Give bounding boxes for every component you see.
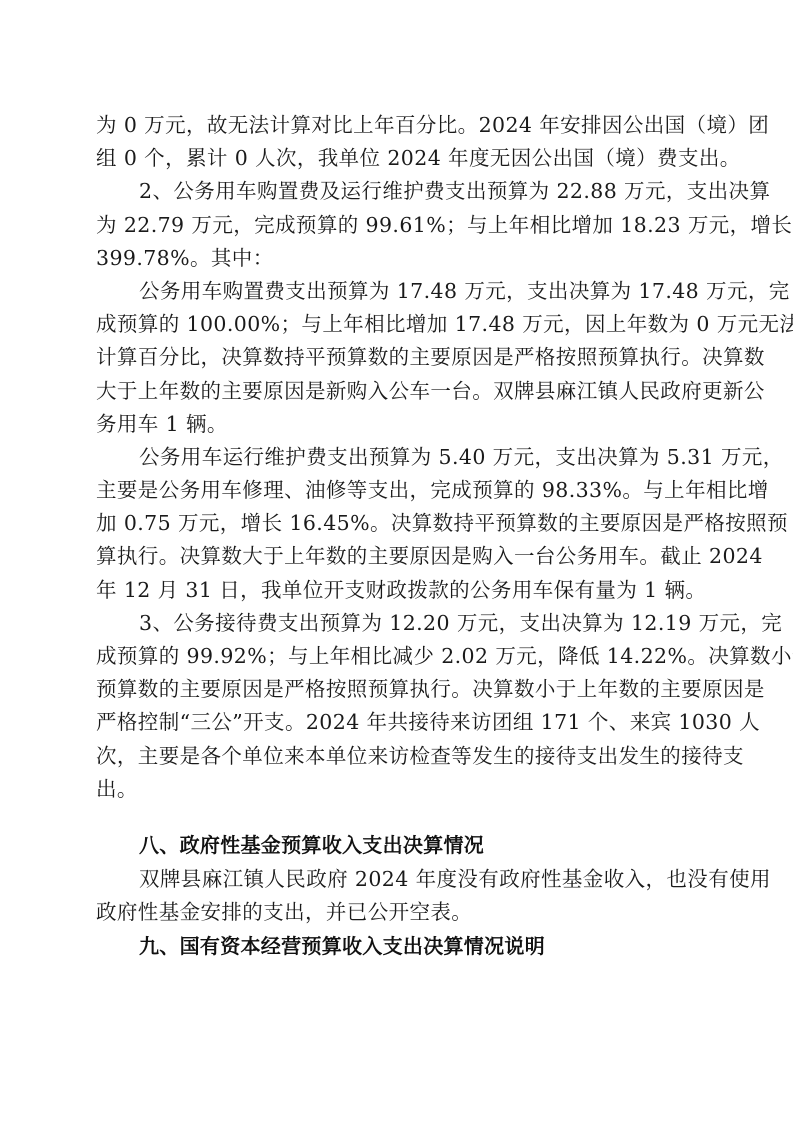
text-line: 3、公务接待费支出预算为 12.20 万元，支出决算为 12.19 万元，完 [96, 607, 698, 640]
text-line: 2、公务用车购置费及运行维护费支出预算为 22.88 万元，支出决算 [96, 175, 698, 208]
text-line: 成预算的 99.92%；与上年相比减少 2.02 万元，降低 14.22%。决算… [96, 640, 698, 673]
paragraph-vehicle-maintenance: 公务用车运行维护费支出预算为 5.40 万元，支出决算为 5.31 万元， 主要… [96, 441, 698, 607]
text-line: 严格控制“三公”开支。2024 年共接待来访团组 171 个、来宾 1030 人 [96, 706, 698, 739]
document-page: 为 0 万元，故无法计算对比上年百分比。2024 年安排因公出国（境）团 组 0… [96, 109, 698, 964]
text-line: 大于上年数的主要原因是新购入公车一台。双牌县麻江镇人民政府更新公 [96, 375, 698, 408]
text-line: 算执行。决算数大于上年数的主要原因是购入一台公务用车。截止 2024 [96, 540, 698, 573]
paragraph-vehicle-purchase: 公务用车购置费支出预算为 17.48 万元，支出决算为 17.48 万元，完 成… [96, 275, 698, 441]
text-line: 加 0.75 万元，增长 16.45%。决算数持平预算数的主要原因是严格按照预 [96, 507, 698, 540]
paragraph-vehicle-total: 2、公务用车购置费及运行维护费支出预算为 22.88 万元，支出决算 为 22.… [96, 175, 698, 275]
text-line: 次，主要是各个单位来本单位来访检查等发生的接待支出发生的接待支 [96, 740, 698, 773]
text-line: 399.78%。其中： [96, 242, 698, 275]
paragraph-reception: 3、公务接待费支出预算为 12.20 万元，支出决算为 12.19 万元，完 成… [96, 607, 698, 806]
text-line: 主要是公务用车修理、油修等支出，完成预算的 98.33%。与上年相比增 [96, 474, 698, 507]
section-heading-government-fund: 八、政府性基金预算收入支出决算情况 [96, 828, 698, 863]
text-line: 组 0 个，累计 0 人次，我单位 2024 年度无因公出国（境）费支出。 [96, 142, 698, 175]
text-line: 政府性基金安排的支出，并已公开空表。 [96, 896, 698, 929]
text-line: 公务用车运行维护费支出预算为 5.40 万元，支出决算为 5.31 万元， [96, 441, 698, 474]
text-line: 为 22.79 万元，完成预算的 99.61%；与上年相比增加 18.23 万元… [96, 209, 698, 242]
text-line: 计算百分比，决算数持平预算数的主要原因是严格按照预算执行。决算数 [96, 341, 698, 374]
paragraph-government-fund: 双牌县麻江镇人民政府 2024 年度没有政府性基金收入，也没有使用 政府性基金安… [96, 863, 698, 929]
paragraph-abroad-continuation: 为 0 万元，故无法计算对比上年百分比。2024 年安排因公出国（境）团 组 0… [96, 109, 698, 175]
text-line: 预算数的主要原因是严格按照预算执行。决算数小于上年数的主要原因是 [96, 673, 698, 706]
text-line: 出。 [96, 773, 698, 806]
text-line: 公务用车购置费支出预算为 17.48 万元，支出决算为 17.48 万元，完 [96, 275, 698, 308]
text-line: 成预算的 100.00%；与上年相比增加 17.48 万元，因上年数为 0 万元… [96, 308, 698, 341]
text-line: 务用车 1 辆。 [96, 408, 698, 441]
text-line: 为 0 万元，故无法计算对比上年百分比。2024 年安排因公出国（境）团 [96, 109, 698, 142]
text-line: 双牌县麻江镇人民政府 2024 年度没有政府性基金收入，也没有使用 [96, 863, 698, 896]
section-heading-state-capital: 九、国有资本经营预算收入支出决算情况说明 [96, 929, 698, 964]
text-line: 年 12 月 31 日，我单位开支财政拨款的公务用车保有量为 1 辆。 [96, 574, 698, 607]
